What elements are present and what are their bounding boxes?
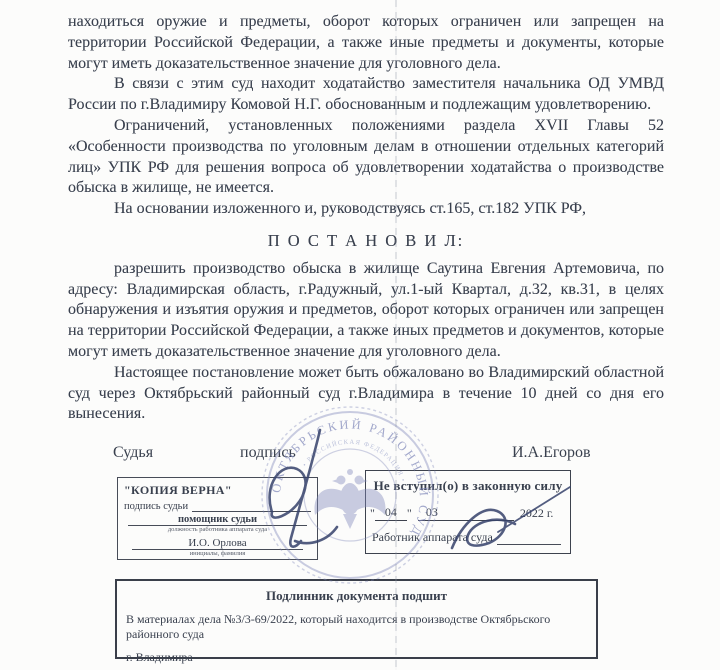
date-month: 03 bbox=[418, 505, 514, 521]
clerk-name-line: И.О. Орлова bbox=[132, 537, 303, 550]
signature-rule bbox=[497, 532, 561, 545]
quote-close: " bbox=[407, 506, 412, 521]
court-worker-line: Работник аппарата суда bbox=[372, 530, 562, 545]
paragraph: Ограничений, установленных положениями р… bbox=[68, 116, 664, 199]
not-in-force-box: Не вступил(о) в законную силу " 04 " 03 … bbox=[365, 470, 571, 554]
resolution-paragraph: разрешить производство обыска в жилище С… bbox=[68, 259, 664, 363]
handwritten-signature-label: подпись bbox=[240, 444, 296, 462]
paragraph: находиться оружие и предметы, оборот кот… bbox=[68, 12, 664, 74]
position-sublabel: должность работника аппарата суда bbox=[118, 526, 317, 533]
assistant-judge-line: помощник судьи bbox=[128, 514, 307, 526]
judge-signature-line: подпись судьи bbox=[124, 499, 311, 512]
date-day: 04 bbox=[375, 505, 407, 521]
judge-label: Судья bbox=[113, 444, 153, 462]
not-in-force-title: Не вступил(о) в законную силу bbox=[366, 478, 570, 494]
judge-name: И.А.Егоров bbox=[512, 444, 591, 462]
initials-sublabel: инициалы, фамилия bbox=[118, 550, 317, 557]
filed-box-city-line: г. Владимира bbox=[126, 650, 588, 665]
judge-signature-label: подпись судьи bbox=[124, 501, 192, 512]
signature-rule bbox=[192, 499, 311, 512]
document-body: находиться оружие и предметы, оборот кот… bbox=[68, 12, 664, 425]
filed-box-case-line: В материалах дела №3/3-69/2022, который … bbox=[126, 612, 588, 642]
resolution-heading: П О С Т А Н О В И Л: bbox=[68, 231, 664, 252]
original-filed-box: Подлинник документа подшит В материалах … bbox=[115, 579, 598, 659]
date-line: " 04 " 03 2022 г. bbox=[370, 505, 564, 521]
date-year: 2022 г. bbox=[520, 506, 554, 521]
copy-box-title: "КОПИЯ ВЕРНА" bbox=[124, 483, 317, 498]
filed-box-title: Подлинник документа подшит bbox=[117, 588, 596, 604]
court-worker-label: Работник аппарата суда bbox=[372, 530, 497, 545]
resolution-paragraph: Настоящее постановление может быть обжал… bbox=[68, 363, 664, 425]
copy-certification-box: "КОПИЯ ВЕРНА" подпись судьи помощник суд… bbox=[117, 477, 318, 560]
scanned-court-order-page: находиться оружие и предметы, оборот кот… bbox=[0, 0, 720, 670]
paragraph: На основании изложенного и, руководствуя… bbox=[68, 199, 664, 220]
paragraph: В связи с этим суд находит ходатайство з… bbox=[68, 74, 664, 116]
